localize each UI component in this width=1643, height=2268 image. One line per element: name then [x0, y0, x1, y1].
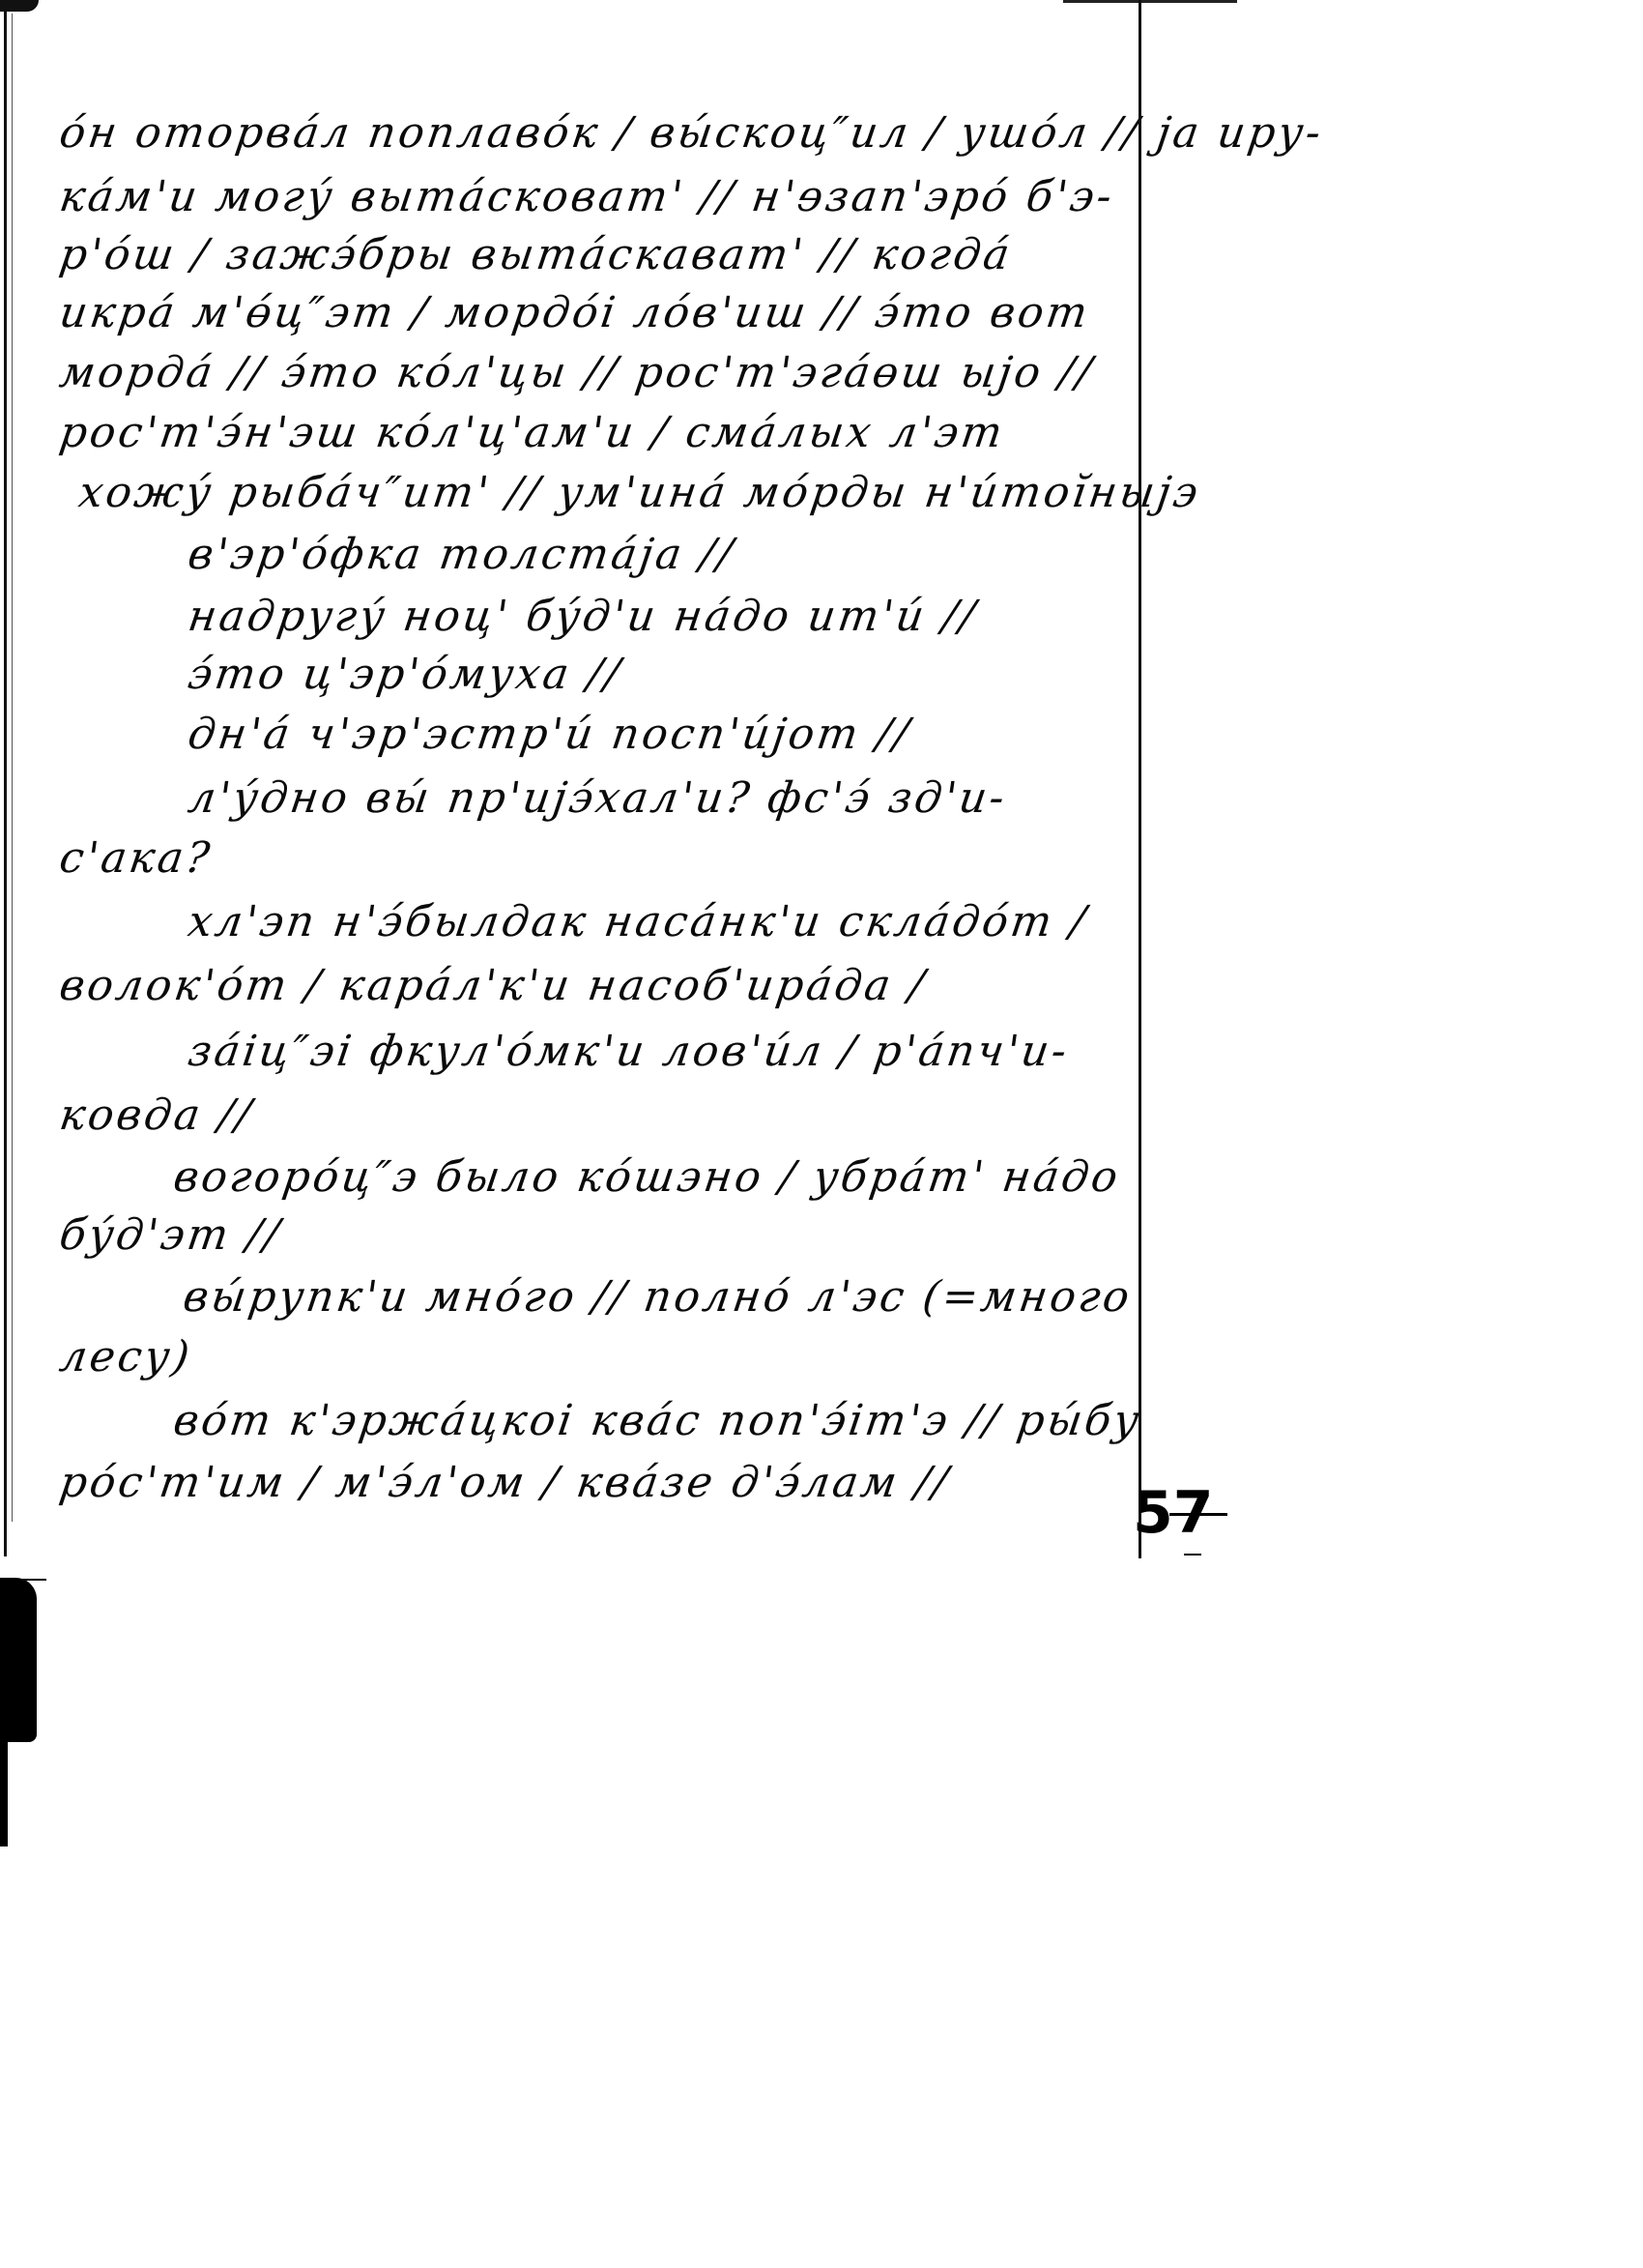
text-line: о́н оторва́л поплаво́к / вы́скоц″ил / уш…: [56, 108, 1326, 158]
text-line: бу́д'эт //: [56, 1210, 285, 1260]
text-line: надругу́ ноц' бу́д'и на́до ит'и́ //: [185, 592, 980, 641]
text-line: вы́рупк'и мно́го // полно́ л'эс (=много: [180, 1272, 1135, 1322]
text-line: ковда //: [56, 1090, 256, 1140]
page-number-underline: [1184, 1554, 1201, 1556]
text-line: хл'эп н'э́былдак наса́нк'и скла́до́т /: [185, 897, 1091, 946]
text-line: э́то ц'эр'о́муха //: [185, 650, 625, 699]
text-line: во́т к'эржа́цкоі ква́с поп'э́іт'э // ры́…: [170, 1396, 1144, 1445]
text-line: ро́с'т'им / м'э́л'ом / ква́зе д'э́лам //: [56, 1458, 953, 1507]
text-line: л'у́дно вы́ пр'ијэ́хал'и? фс'э́ зд'и-: [185, 773, 1010, 823]
text-line: хожу́ рыба́ч″ит' // ум'ина́ мо́рды н'и́т…: [75, 468, 1203, 517]
text-line: лесу): [56, 1332, 195, 1381]
text-line: вогоро́ц″э было ко́шэно / убра́т' на́до: [170, 1152, 1123, 1202]
left-page-edge: [4, 10, 7, 1556]
text-line: икра́ м'ɵ́ц″эт / мордо́і лóв'иш // э́то …: [56, 288, 1093, 337]
text-line: с'ака?: [56, 833, 215, 883]
text-line: ка́м'и могу́ выта́сковат' // н'ɘзап'эро́…: [56, 172, 1117, 221]
text-line: волок'о́т / кара́л'к'и насоб'ира́да /: [56, 961, 930, 1010]
text-line: рос'т'э́н'эш ко́л'ц'ам'и / сма́лых л'эт: [56, 408, 1008, 457]
text-line: морда́ // э́то ко́л'цы // рос'т'эга́ɵш ы…: [56, 348, 1097, 397]
page-number-stroke: [1169, 1513, 1227, 1516]
text-line: дн'а́ ч'эр'эстр'и́ посп'и́јот //: [185, 710, 914, 759]
text-line: в'эр'о́фка толста́ја //: [185, 530, 738, 579]
manuscript-page: о́н оторва́л поплаво́к / вы́скоц″ил / уш…: [0, 0, 1643, 2268]
left-page-edge-shadow: [12, 14, 13, 1522]
text-line: р'о́ш / зажэ́бры выта́скават' // когда́: [56, 230, 1015, 279]
top-margin-mark: [1063, 0, 1237, 3]
text-line: за́іц″эі фкул'о́мк'и лов'и́л / р'а́пч'и-: [185, 1027, 1072, 1076]
ink-blot-tail: [0, 1730, 8, 1846]
ink-blot: [0, 1578, 37, 1742]
right-margin-line: [1139, 0, 1141, 1558]
